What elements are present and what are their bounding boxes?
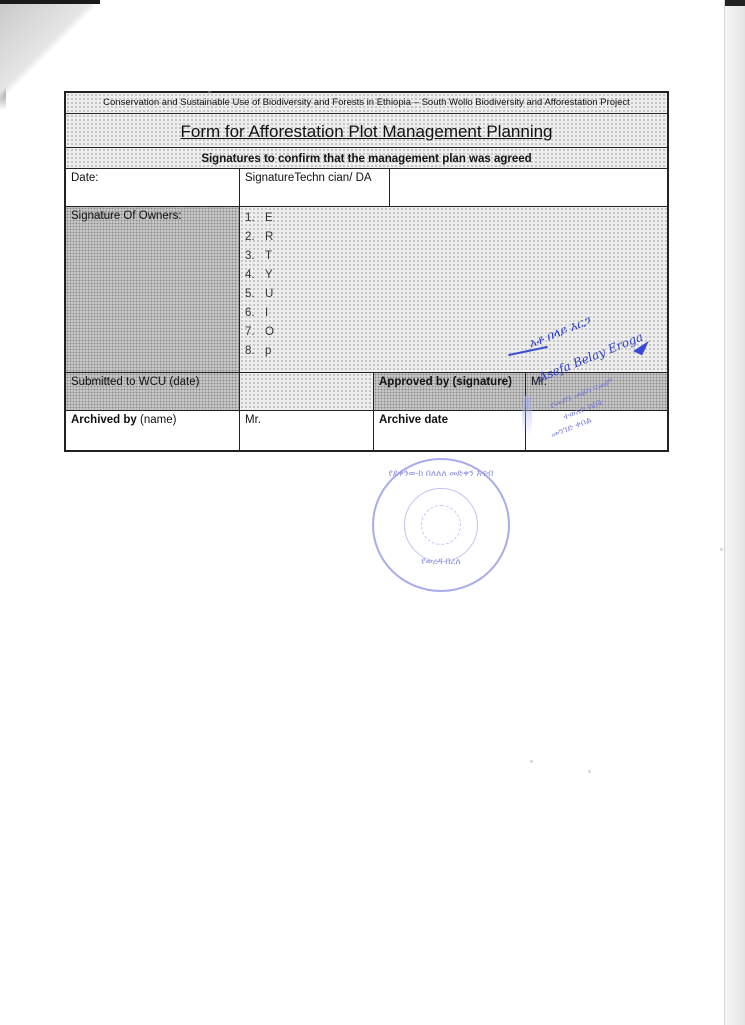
official-seal-icon: የደቀንወ-ከ በለለለ መድቀን አናብ የወረዳ በረለ xyxy=(372,458,510,592)
archive-date-field[interactable] xyxy=(526,411,667,450)
owner-name: T xyxy=(265,247,272,266)
owner-name: E xyxy=(265,209,273,228)
owner-entry[interactable]: 6.I xyxy=(245,304,662,323)
owner-name: R xyxy=(265,228,273,247)
scan-speck xyxy=(530,760,533,763)
submitted-label: Submitted to WCU (date) xyxy=(66,373,240,410)
owners-label: Signature Of Owners: xyxy=(66,207,240,372)
approved-label: Approved by (signature) xyxy=(374,373,526,410)
scan-edge-right-top xyxy=(725,0,745,6)
scan-speck xyxy=(588,770,591,773)
scan-speck xyxy=(208,91,211,94)
owner-name: Y xyxy=(265,266,273,285)
archived-by-field[interactable]: Mr. xyxy=(240,411,374,450)
owner-entry[interactable]: 5.U xyxy=(245,285,662,304)
archive-date-label: Archive date xyxy=(374,411,526,450)
scan-speck xyxy=(720,548,723,551)
signatures-header: Signatures to confirm that the managemen… xyxy=(66,148,667,168)
seal-inner-ring xyxy=(404,488,478,562)
owner-entry[interactable]: 4.Y xyxy=(245,266,662,285)
scan-edge-top xyxy=(0,0,100,4)
technician-signature-field[interactable] xyxy=(390,169,667,206)
owner-name: I xyxy=(265,304,268,323)
technician-signature-label: SignatureTechn cian/ DA xyxy=(240,169,390,206)
seal-inner-text: የወረዳ በረለ xyxy=(374,556,508,686)
archived-by-label: Archived by (name) xyxy=(66,411,240,450)
owner-name: U xyxy=(265,285,273,304)
owner-name: p xyxy=(265,342,271,361)
owner-entry[interactable]: 2.R xyxy=(245,228,662,247)
date-label: Date: xyxy=(71,172,99,184)
owner-entry[interactable]: 1.E xyxy=(245,209,662,228)
owner-name: O xyxy=(265,323,274,342)
form-title: Form for Afforestation Plot Management P… xyxy=(66,114,667,147)
date-field[interactable]: Date: xyxy=(66,169,240,206)
owners-row: Signature Of Owners: 1.E 2.R 3.T 4.Y 5.U… xyxy=(66,207,667,373)
scan-edge-right xyxy=(724,0,745,1025)
seal-emblem-icon xyxy=(421,505,461,545)
date-row: Date: SignatureTechn cian/ DA xyxy=(66,169,667,207)
ink-blot xyxy=(522,395,532,437)
submitted-date-field[interactable] xyxy=(240,373,374,410)
owner-entry[interactable]: 3.T xyxy=(245,247,662,266)
project-name: Conservation and Sustainable Use of Biod… xyxy=(66,93,667,113)
owner-entry[interactable]: 7.O xyxy=(245,323,662,342)
